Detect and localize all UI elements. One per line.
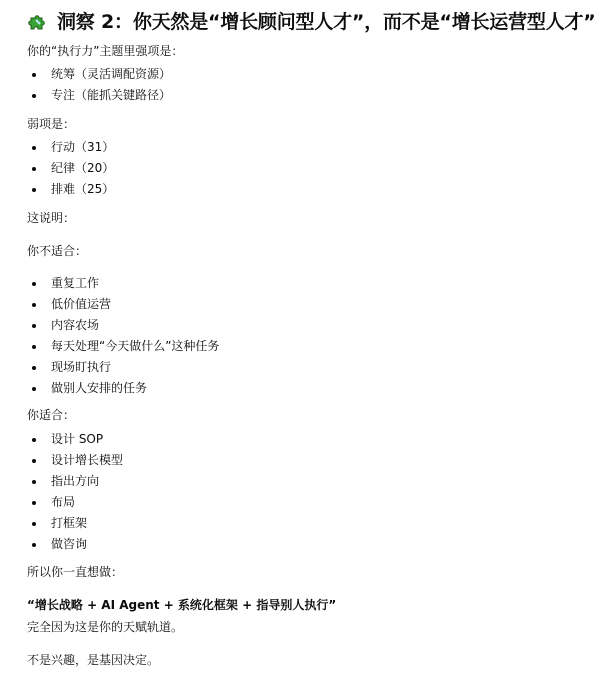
- list-item: 内容农场: [27, 315, 219, 336]
- suitable-heading: 你适合：: [27, 406, 75, 424]
- bullet-icon: [32, 303, 36, 307]
- because-text: 完全因为这是你的天赋轨道。: [27, 618, 183, 636]
- conclusion-text: 不是兴趣，是基因决定。: [27, 651, 159, 669]
- bullet-icon: [32, 73, 36, 77]
- formula-text: “增长战略 + AI Agent + 系统化框架 + 指导别人执行”: [27, 596, 336, 614]
- unsuitable-list: 重复工作 低价值运营 内容农场 每天处理“今天做什么”这种任务 现场盯执行 做别…: [27, 273, 219, 399]
- bullet-icon: [32, 366, 36, 370]
- list-item: 行动（31）: [27, 137, 114, 158]
- bullet-icon: [32, 146, 36, 150]
- bullet-icon: [32, 188, 36, 192]
- unsuitable-heading: 你不适合：: [27, 242, 87, 260]
- bullet-icon: [32, 501, 36, 505]
- list-item: 低价值运营: [27, 294, 219, 315]
- list-item: 布局: [27, 492, 123, 513]
- list-item: 打框架: [27, 513, 123, 534]
- bullet-icon: [32, 324, 36, 328]
- list-item: 纪律（20）: [27, 158, 114, 179]
- section-heading: 洞察 2：你天然是“增长顾问型人才”，而不是“增长运营型人才”: [27, 8, 596, 36]
- list-item: 专注（能抓关键路径）: [27, 85, 171, 106]
- list-item: 设计增长模型: [27, 450, 123, 471]
- list-item: 每天处理“今天做什么”这种任务: [27, 336, 219, 357]
- list-item: 统筹（灵活调配资源）: [27, 64, 171, 85]
- bullet-icon: [32, 94, 36, 98]
- suitable-list: 设计 SOP 设计增长模型 指出方向 布局 打框架 做咨询: [27, 429, 123, 555]
- bullet-icon: [32, 459, 36, 463]
- bullet-icon: [32, 438, 36, 442]
- weak-heading: 弱项是：: [27, 115, 75, 133]
- list-item: 做别人安排的任务: [27, 378, 219, 399]
- bullet-icon: [32, 345, 36, 349]
- explains-text: 这说明：: [27, 209, 75, 227]
- weaknesses-list: 行动（31） 纪律（20） 排难（25）: [27, 137, 114, 200]
- strengths-list: 统筹（灵活调配资源） 专注（能抓关键路径）: [27, 64, 171, 106]
- list-item: 排难（25）: [27, 179, 114, 200]
- bullet-icon: [32, 167, 36, 171]
- puzzle-piece-icon: [27, 11, 49, 33]
- list-item: 做咨询: [27, 534, 123, 555]
- list-item: 重复工作: [27, 273, 219, 294]
- list-item: 指出方向: [27, 471, 123, 492]
- heading-text: 洞察 2：你天然是“增长顾问型人才”，而不是“增长运营型人才”: [57, 8, 596, 36]
- bullet-icon: [32, 387, 36, 391]
- list-item: 设计 SOP: [27, 429, 123, 450]
- intro-text: 你的“执行力”主题里强项是：: [27, 42, 183, 60]
- bullet-icon: [32, 522, 36, 526]
- list-item: 现场盯执行: [27, 357, 219, 378]
- bullet-icon: [32, 480, 36, 484]
- bullet-icon: [32, 282, 36, 286]
- so-you-want-text: 所以你一直想做：: [27, 563, 123, 581]
- bullet-icon: [32, 543, 36, 547]
